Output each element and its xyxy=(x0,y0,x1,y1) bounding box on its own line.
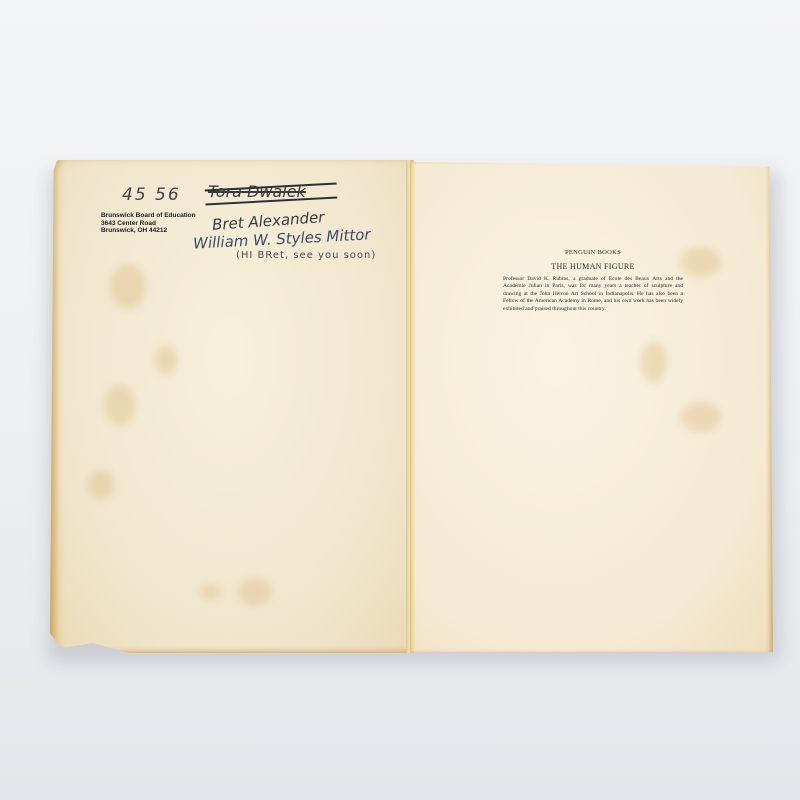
handwritten-note: (HI BRet, see you soon) xyxy=(236,250,376,261)
water-stain xyxy=(155,345,177,375)
stamp-line-3: Brunswick, OH 44212 xyxy=(101,227,196,235)
stamp-line-2: 3643 Center Road xyxy=(101,220,196,228)
stamp-line-1: Brunswick Board of Education xyxy=(101,212,196,220)
water-stain xyxy=(200,585,222,599)
water-stain xyxy=(105,385,135,425)
water-stain xyxy=(238,578,272,606)
book-title: THE HUMAN FIGURE xyxy=(503,262,683,271)
water-stain xyxy=(681,247,721,277)
publisher-name: PENGUIN BOOKS xyxy=(503,249,683,256)
ownership-stamp: Brunswick Board of Education 3643 Center… xyxy=(101,212,196,235)
handwritten-number: 45 56 xyxy=(122,185,181,205)
printed-text-block: PENGUIN BOOKS THE HUMAN FIGURE Professor… xyxy=(503,240,683,313)
water-stain xyxy=(681,402,721,432)
water-stain xyxy=(88,470,114,500)
water-stain xyxy=(110,265,146,309)
author-bio: Professor David K. Rubins, a graduate of… xyxy=(503,276,683,313)
right-page-title-facing xyxy=(411,162,773,652)
water-stain xyxy=(641,342,667,382)
